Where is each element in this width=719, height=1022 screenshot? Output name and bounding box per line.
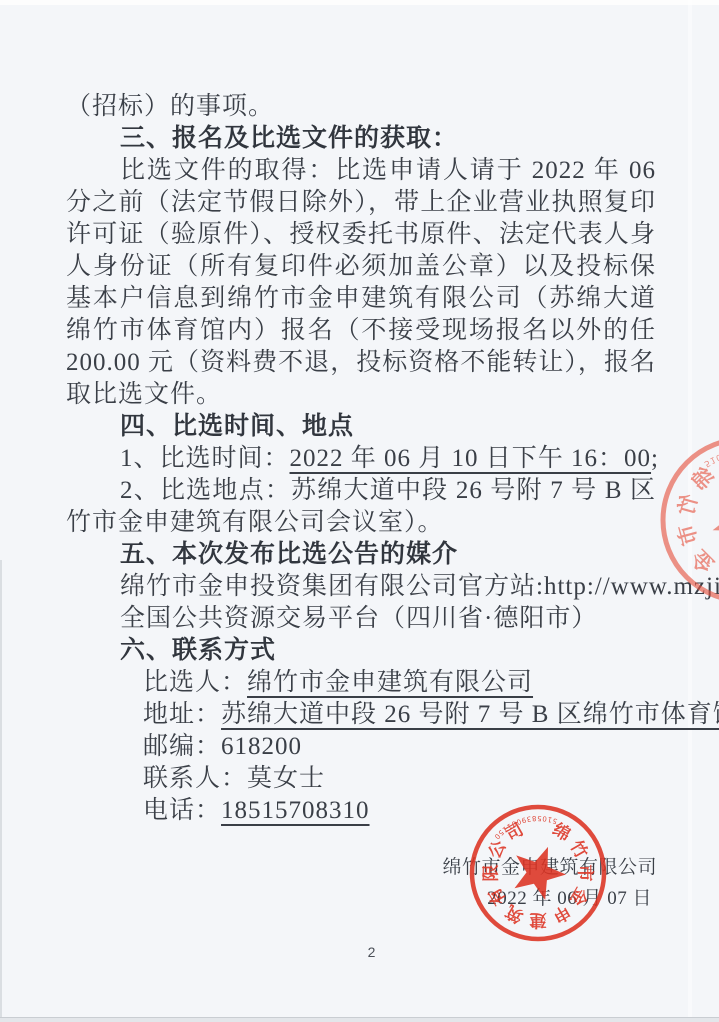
svg-text:0: 0 bbox=[493, 832, 502, 841]
underlined-address: 苏绵大道中段 26 号附 7 号 B 区绵竹市体育馆内 bbox=[221, 701, 719, 728]
paragraph-line: 200.00 元（资料费不退，投标资格不能转让），报名通过初步审查后，获 bbox=[66, 347, 656, 379]
svg-text:0: 0 bbox=[714, 451, 719, 462]
paragraph-line: 绵竹市体育馆内）报名（不接受现场报名以外的任何方式报名），资料费 bbox=[66, 315, 656, 347]
paragraph-line: （招标）的事项。 bbox=[66, 91, 656, 123]
section-heading-4: 四、比选时间、地点 bbox=[66, 411, 656, 443]
paragraph-line: 分之前（法定节假日除外），带上企业营业执照复印件、资质证书、安全 bbox=[66, 187, 656, 219]
svg-text:1: 1 bbox=[708, 454, 717, 465]
media-website-line: 绵竹市金申投资集团有限公司官方站:http://www.mzjinshen.co… bbox=[66, 571, 656, 603]
scan-top-edge bbox=[0, 0, 719, 5]
signature-date: 2022 年 06 月 07 日 bbox=[442, 883, 657, 914]
section-heading-5: 五、本次发布比选公告的媒介 bbox=[66, 539, 656, 571]
selection-time-line: 1、比选时间：2022 年 06 月 10 日下午 16：00; bbox=[66, 443, 656, 475]
contact-address-line: 地址：苏绵大道中段 26 号附 7 号 B 区绵竹市体育馆内 bbox=[66, 699, 656, 731]
section-heading-3: 三、报名及比选文件的获取： bbox=[66, 123, 656, 155]
svg-text:5: 5 bbox=[702, 457, 712, 468]
svg-text:5: 5 bbox=[496, 828, 505, 837]
contact-postcode-line: 邮编：618200 bbox=[66, 731, 656, 763]
underlined-phone: 18515708310 bbox=[221, 797, 370, 824]
paragraph-line: 基本户信息到绵竹市金申建筑有限公司（苏绵大道中段 26 号附 7 号 B 区 bbox=[66, 283, 656, 315]
document-body: （招标）的事项。 三、报名及比选文件的获取： 比选文件的取得：比选申请人请于 2… bbox=[66, 91, 656, 827]
paragraph-line: 人身份证（所有复印件必须加盖公章）以及投标保证金转账回单和公司 bbox=[66, 251, 656, 283]
scan-left-edge bbox=[0, 560, 2, 1022]
section-heading-6: 六、联系方式 bbox=[66, 635, 656, 667]
paragraph-line: 竹市金申建筑有限公司会议室）。 bbox=[66, 507, 656, 539]
underlined-date: 2022 年 06 月 10 日下午 16：00 bbox=[290, 445, 652, 472]
underlined-company: 绵竹市金申建筑有限公司 bbox=[247, 669, 533, 696]
media-platform-line: 全国公共资源交易平台（四川省·德阳市） bbox=[66, 603, 656, 635]
contact-selector-line: 比选人：绵竹市金申建筑有限公司 bbox=[66, 667, 656, 699]
signature-company: 绵竹市金申建筑有限公司 bbox=[442, 852, 657, 883]
paragraph-line: 比选文件的取得：比选申请人请于 2022 年 06 月 09 日下午 17 时 … bbox=[66, 155, 656, 187]
document-page: （招标）的事项。 三、报名及比选文件的获取： 比选文件的取得：比选申请人请于 2… bbox=[0, 0, 719, 1022]
contact-person-line: 联系人：莫女士 bbox=[66, 763, 656, 795]
scan-bottom-edge bbox=[0, 1017, 719, 1022]
paragraph-line: 许可证（验原件）、授权委托书原件、法定代表人身份证明书及授权委托 bbox=[66, 219, 656, 251]
paper-crease bbox=[688, 0, 692, 1022]
signature-block: 绵竹市金申建筑有限公司 2022 年 06 月 07 日 bbox=[442, 852, 657, 914]
selection-place-line: 2、比选地点：苏绵大道中段 26 号附 7 号 B 区绵竹市体育馆内（绵 bbox=[66, 475, 656, 507]
page-number: 2 bbox=[0, 944, 719, 960]
contact-phone-line: 电话：18515708310 bbox=[66, 795, 656, 827]
paragraph-line: 取比选文件。 bbox=[66, 379, 656, 411]
